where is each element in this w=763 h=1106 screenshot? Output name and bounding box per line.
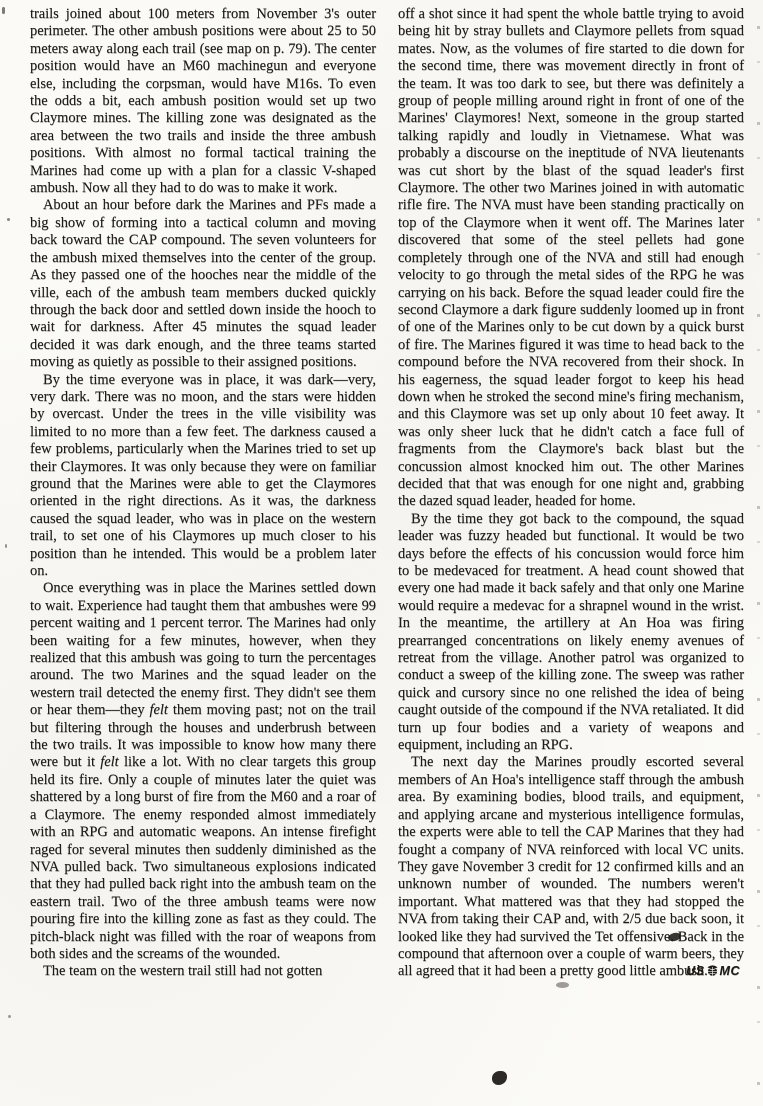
text-run: like a lot. With no clear targets this g… [30,754,376,961]
usmc-eagle-globe-anchor-icon [706,964,719,982]
paragraph: By the time they got back to the compoun… [398,511,744,755]
scan-artifact-edge-noise [757,0,760,1106]
paragraph: The next day the Marines proudly escorte… [398,754,744,980]
paragraph: The team on the western trail still had … [30,963,376,980]
italic-text-run: felt [150,702,168,718]
paragraph: off a shot since it had spent the whole … [398,6,744,511]
text-column-right-wrap: off a shot since it had spent the whole … [398,6,744,1106]
text-run: About an hour before dark the Marines an… [30,197,376,370]
text-column-left: trails joined about 100 meters from Nove… [30,6,376,1106]
paragraph: About an hour before dark the Marines an… [30,197,376,371]
scan-artifact-speck [5,544,7,548]
scan-artifact-speck [7,218,10,221]
text-run: off a shot since it had spent the whole … [398,6,744,509]
text-run: Once everything was in place the Marines… [30,580,376,718]
italic-text-run: felt [100,754,118,770]
text-run: trails joined about 100 meters from Nove… [30,6,376,196]
scanned-document-page: trails joined about 100 meters from Nove… [0,0,763,1106]
end-mark-prefix: US [686,964,704,978]
end-mark-suffix: MC [720,964,740,978]
paragraph: Once everything was in place the Marines… [30,580,376,963]
text-column-right: off a shot since it had spent the whole … [398,6,744,981]
text-run: The next day the Marines proudly escorte… [398,754,744,979]
paragraph: trails joined about 100 meters from Nove… [30,6,376,197]
paragraph: By the time everyone was in place, it wa… [30,372,376,581]
scan-artifact-speck [8,1015,11,1018]
text-run: By the time everyone was in place, it wa… [30,372,376,579]
text-run: By the time they got back to the compoun… [398,511,744,753]
text-run: The team on the western trail still had … [43,963,322,979]
scan-artifact-speck [2,7,5,14]
